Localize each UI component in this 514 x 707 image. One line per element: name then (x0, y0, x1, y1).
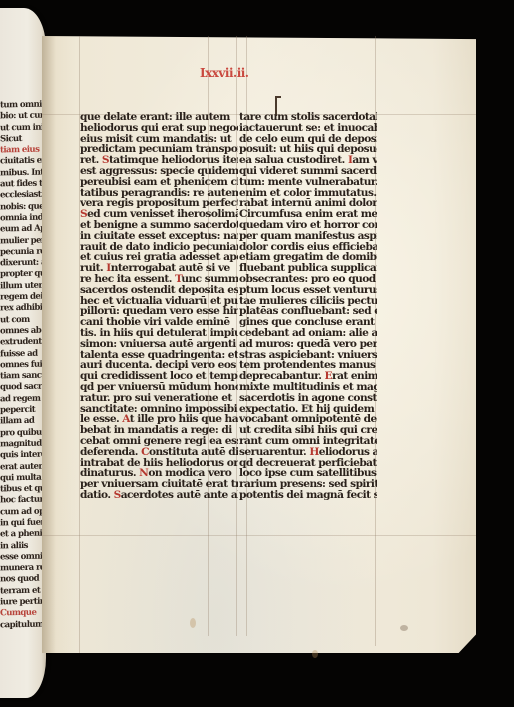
text-line: mibus. Interea (0, 167, 44, 179)
text-line: nos quod (0, 574, 44, 586)
text-column-a: que delate erant: ille autemheliodorus q… (80, 112, 238, 501)
text-line: magnitudo (0, 439, 44, 451)
text-line: heliodorus qui erat sup negocia (80, 123, 238, 134)
text-line: potentis dei magnā fecit sue osten (239, 490, 377, 501)
text-line: seruarentur. Heliodorus autem (239, 447, 377, 458)
text-line: rex adhibi (0, 303, 44, 315)
text-line: munera regis (0, 563, 44, 575)
text-line: ad muros: quedā vero per fene (239, 339, 377, 350)
text-line: in ciuitate esset exceptus: nar (80, 231, 238, 242)
text-line: tum omnia ab (0, 100, 44, 112)
text-line: quod sacra (0, 382, 44, 394)
text-line: iactauerunt se: et inuocabant (239, 123, 377, 134)
text-line: ciuitatis exter (0, 156, 44, 168)
text-line: mulier per (0, 235, 44, 247)
text-line: omnes fuimus (0, 359, 44, 371)
text-line: iure pertinet (0, 597, 44, 609)
text-line: regem dei (0, 292, 44, 304)
text-line: capitulum (0, 619, 44, 631)
text-line: ecclesiasticae (0, 190, 44, 202)
text-line: Sicut (0, 134, 44, 146)
text-line: omnes ab (0, 326, 44, 338)
text-line: Cumque (0, 608, 44, 620)
text-line: deferenda. Constituta autē die (80, 447, 238, 458)
text-line: ad regem (0, 393, 44, 405)
text-line: ut com (0, 314, 44, 326)
text-line: sacerdos ostendit deposita esse (80, 285, 238, 296)
text-line: pepercit (0, 405, 44, 417)
text-line: pecunia rerum (0, 246, 44, 258)
text-line: sacerdotis in agone constituti (239, 393, 377, 404)
text-line: ut cum iniqui (0, 122, 44, 134)
text-line: qui multa (0, 472, 44, 484)
text-line: pereubisi eam et phenicem ciui (80, 177, 238, 188)
text-line: eum ad Apol (0, 224, 44, 236)
ruling-line (42, 535, 476, 536)
text-line: ptum locus esset venturus. Acci (239, 285, 377, 296)
left-page-verso: tum omnia abbio: ut cum viut cum iniquiS… (0, 8, 46, 698)
running-head-folio: Ixxvii.ii. (200, 66, 248, 80)
stain (312, 650, 318, 658)
stain (400, 625, 408, 631)
text-line: propter quod (0, 269, 44, 281)
text-line: aut fides tem (0, 179, 44, 191)
text-line: hoc factum (0, 495, 44, 507)
photo-scene: tum omnia abbio: ut cum viut cum iniquiS… (0, 0, 514, 707)
text-line: ratur. pro sui veneratione et (80, 393, 238, 404)
text-line: et a phenice (0, 529, 44, 541)
text-line: pro quibus (0, 427, 44, 439)
text-line: bio: ut cum vi (0, 111, 44, 123)
text-line: per quam manifestus aspicientibus (239, 231, 377, 242)
text-line: tum: mente vulnerabatur. Facies (239, 177, 377, 188)
text-line: in qui fuerunt (0, 518, 44, 530)
text-line: quis interesse (0, 450, 44, 462)
text-line: simon: vniuersa autē argenti (80, 339, 238, 350)
text-line: dixerunt: at (0, 258, 44, 270)
text-line: fuisse ad (0, 348, 44, 360)
text-line: terram et (0, 585, 44, 597)
text-line: illum uterque (0, 280, 44, 292)
text-line: extrudent (0, 337, 44, 349)
text-line: tibus et que (0, 484, 44, 496)
text-line: datio. Sacerdotes autē ante al (80, 490, 238, 501)
stain (190, 618, 196, 628)
gutter-shadow (42, 36, 56, 653)
text-line: esse omni (0, 551, 44, 563)
text-line: tiam eius (0, 145, 44, 157)
text-line: tiam sanctam (0, 371, 44, 383)
text-column-b: tare cum stolis sacerdotalibusiactauerun… (239, 112, 377, 501)
left-page-text: tum omnia abbio: ut cum viut cum iniquiS… (0, 100, 44, 632)
text-line: cum ad oppidum (0, 506, 44, 518)
text-line: nobis: que pre (0, 201, 44, 213)
text-line: omnia indicia (0, 213, 44, 225)
text-line: erat autem (0, 461, 44, 473)
text-line: in aliis (0, 540, 44, 552)
text-line: illam ad (0, 416, 44, 428)
